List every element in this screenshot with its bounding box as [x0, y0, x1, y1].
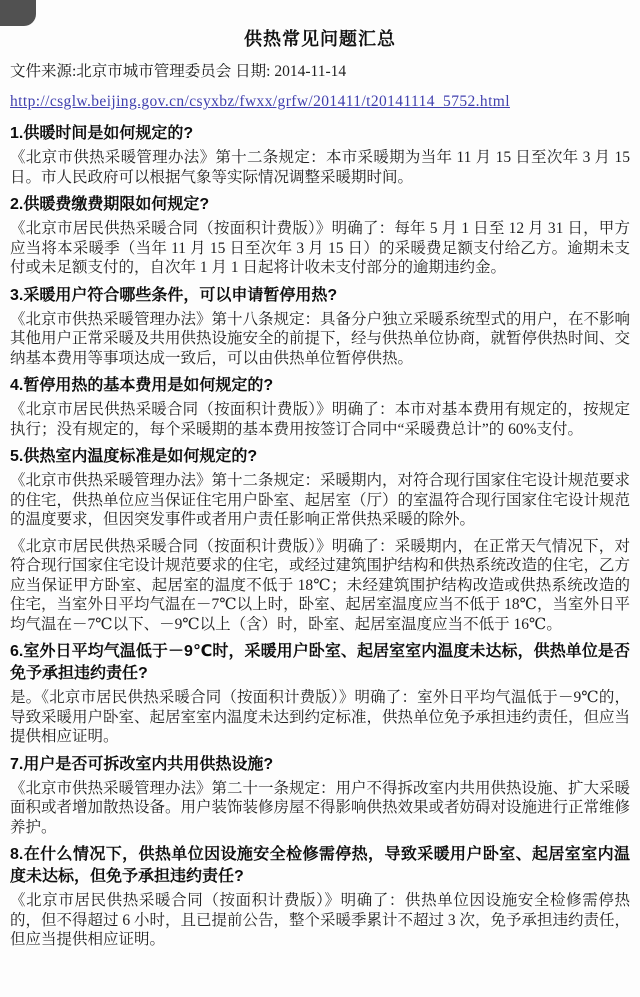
answer-paragraphs: 《北京市居民供热采暖合同（按面积计费版）》明确了：本市对基本费用有规定的，按规定… — [10, 400, 630, 439]
page-title: 供热常见问题汇总 — [10, 26, 630, 52]
question-heading: 1.供暖时间是如何规定的? — [10, 123, 630, 145]
source-line: 文件来源:北京市城市管理委员会 日期: 2014-11-14 — [10, 62, 630, 82]
answer-paragraphs: 是。《北京市居民供热采暖合同（按面积计费版）》明确了：室外日平均气温低于－9℃的… — [10, 688, 630, 747]
answer-paragraph: 《北京市居民供热采暖合同（按面积计费版）》明确了：每年 5 月 1 日至 12 … — [10, 219, 630, 278]
answer-paragraph: 《北京市供热采暖管理办法》第十二条规定：本市采暖期为当年 11 月 15 日至次… — [10, 148, 630, 187]
question-heading: 3.采暖用户符合哪些条件，可以申请暂停用热? — [10, 285, 630, 307]
faq-section: 8.在什么情况下，供热单位因设施安全检修需停热，导致采暖用户卧室、起居室室内温度… — [10, 844, 630, 950]
answer-paragraphs: 《北京市居民供热采暖合同（按面积计费版）》明确了：每年 5 月 1 日至 12 … — [10, 219, 630, 278]
answer-paragraph: 《北京市供热采暖管理办法》第二十一条规定：用户不得拆改室内共用供热设施、扩大采暖… — [10, 779, 630, 838]
question-heading: 2.供暖费缴费期限如何规定? — [10, 194, 630, 216]
answer-paragraph: 《北京市居民供热采暖合同（按面积计费版）》明确了：本市对基本费用有规定的，按规定… — [10, 400, 630, 439]
answer-paragraphs: 《北京市供热采暖管理办法》第二十一条规定：用户不得拆改室内共用供热设施、扩大采暖… — [10, 779, 630, 838]
answer-paragraph: 《北京市供热采暖管理办法》第十二条规定：采暖期内，对符合现行国家住宅设计规范要求… — [10, 471, 630, 530]
question-heading: 8.在什么情况下，供热单位因设施安全检修需停热，导致采暖用户卧室、起居室室内温度… — [10, 844, 630, 888]
faq-sections: 1.供暖时间是如何规定的? 《北京市供热采暖管理办法》第十二条规定：本市采暖期为… — [10, 123, 630, 950]
faq-section: 1.供暖时间是如何规定的? 《北京市供热采暖管理办法》第十二条规定：本市采暖期为… — [10, 123, 630, 187]
source-url-link[interactable]: http://csglw.beijing.gov.cn/csyxbz/fwxx/… — [10, 92, 510, 112]
faq-section: 2.供暖费缴费期限如何规定? 《北京市居民供热采暖合同（按面积计费版）》明确了：… — [10, 194, 630, 278]
faq-section: 6.室外日平均气温低于－9℃时，采暖用户卧室、起居室室内温度未达标，供热单位是否… — [10, 641, 630, 747]
answer-paragraphs: 《北京市居民供热采暖合同（按面积计费版）》明确了：供热单位因设施安全检修需停热的… — [10, 891, 630, 950]
faq-section: 5.供热室内温度标准是如何规定的? 《北京市供热采暖管理办法》第十二条规定：采暖… — [10, 446, 630, 634]
question-heading: 7.用户是否可拆改室内共用供热设施? — [10, 754, 630, 776]
faq-section: 4.暂停用热的基本费用是如何规定的? 《北京市居民供热采暖合同（按面积计费版）》… — [10, 375, 630, 439]
answer-paragraphs: 《北京市供热采暖管理办法》第十二条规定：采暖期内，对符合现行国家住宅设计规范要求… — [10, 471, 630, 634]
answer-paragraph: 《北京市居民供热采暖合同（按面积计费版）》明确了：采暖期内，在正常天气情况下，对… — [10, 537, 630, 635]
faq-section: 3.采暖用户符合哪些条件，可以申请暂停用热? 《北京市供热采暖管理办法》第十八条… — [10, 285, 630, 369]
question-heading: 5.供热室内温度标准是如何规定的? — [10, 446, 630, 468]
answer-paragraphs: 《北京市供热采暖管理办法》第十八条规定：具备分户独立采暖系统型式的用户，在不影响… — [10, 310, 630, 369]
answer-paragraph: 《北京市供热采暖管理办法》第十八条规定：具备分户独立采暖系统型式的用户，在不影响… — [10, 310, 630, 369]
answer-paragraph: 是。《北京市居民供热采暖合同（按面积计费版）》明确了：室外日平均气温低于－9℃的… — [10, 688, 630, 747]
answer-paragraphs: 《北京市供热采暖管理办法》第十二条规定：本市采暖期为当年 11 月 15 日至次… — [10, 148, 630, 187]
question-heading: 4.暂停用热的基本费用是如何规定的? — [10, 375, 630, 397]
faq-section: 7.用户是否可拆改室内共用供热设施? 《北京市供热采暖管理办法》第二十一条规定：… — [10, 754, 630, 838]
question-heading: 6.室外日平均气温低于－9℃时，采暖用户卧室、起居室室内温度未达标，供热单位是否… — [10, 641, 630, 685]
corner-overlay-shape — [0, 0, 36, 26]
answer-paragraph: 《北京市居民供热采暖合同（按面积计费版）》明确了：供热单位因设施安全检修需停热的… — [10, 891, 630, 950]
document-page: 供热常见问题汇总 文件来源:北京市城市管理委员会 日期: 2014-11-14 … — [0, 0, 640, 997]
